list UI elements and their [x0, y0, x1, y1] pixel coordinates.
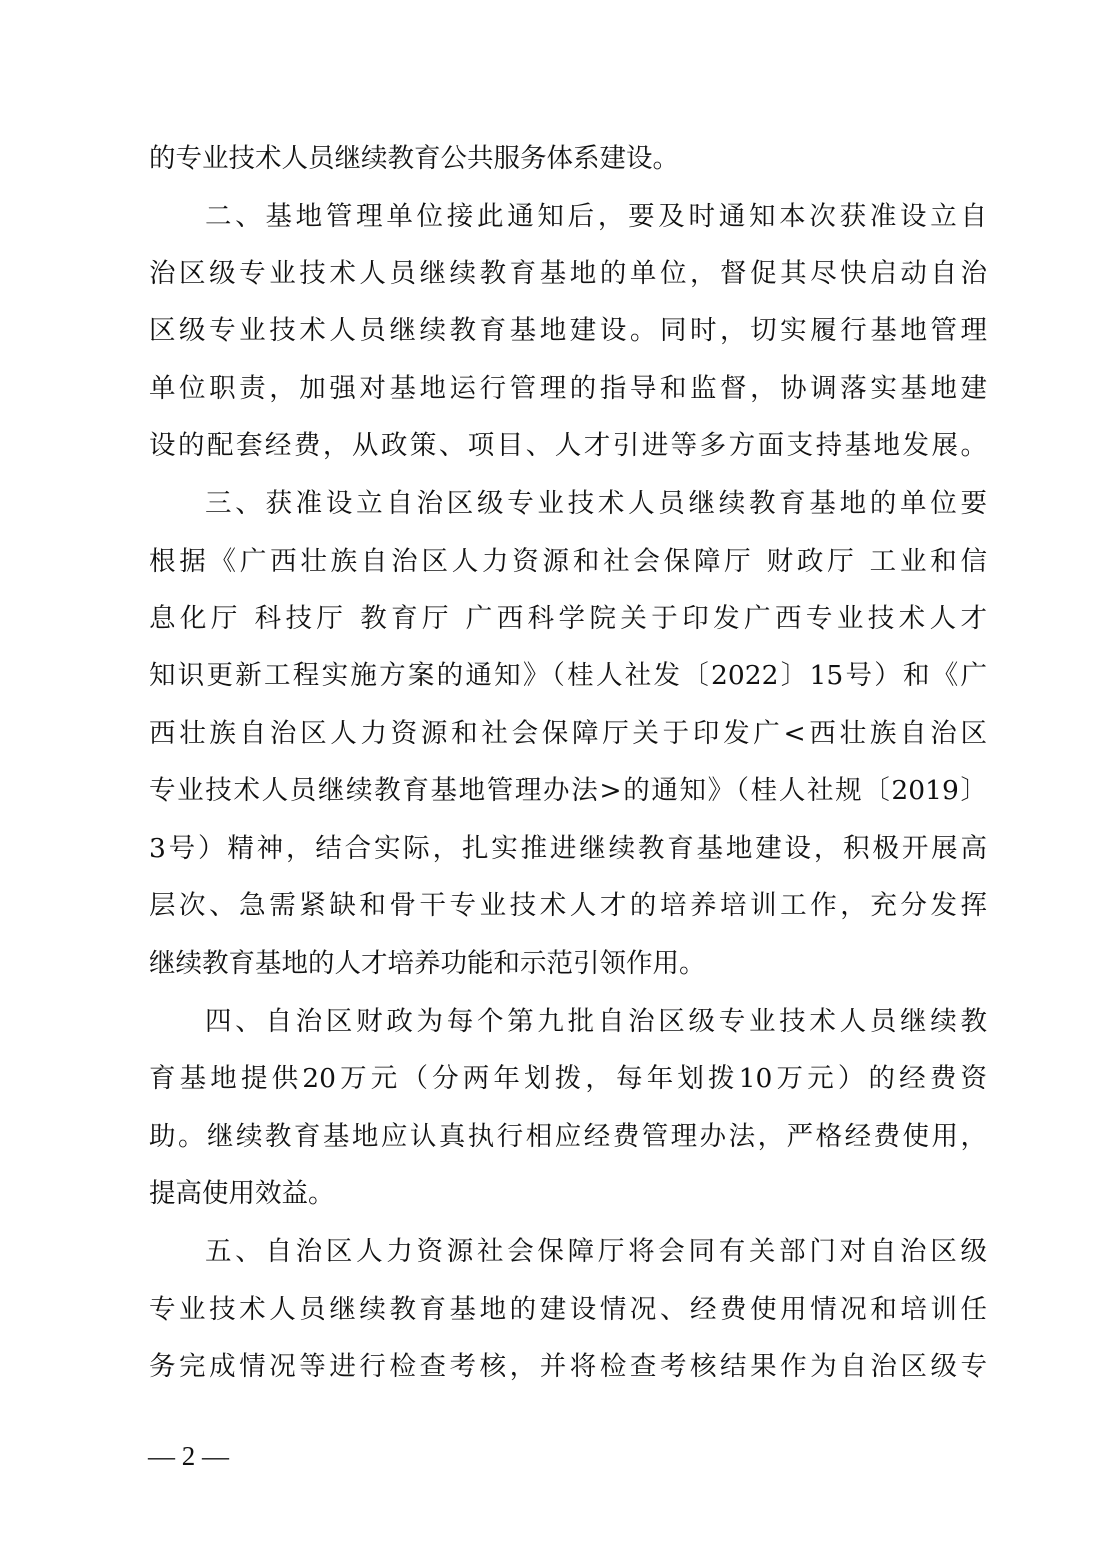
- paragraph-2-line-5: 设的配套经费，从政策、项目、人才引进等多方面支持基地发展。: [149, 424, 987, 468]
- paragraph-3-line-7: 3号）精神，结合实际，扎实推进继续教育基地建设，积极开展高: [149, 827, 987, 871]
- document-page: 的专业技术人员继续教育公共服务体系建设。 二、基地管理单位接此通知后，要及时通知…: [0, 0, 1102, 1559]
- paragraph-2-line-2: 治区级专业技术人员继续教育基地的单位，督促其尽快启动自治: [149, 252, 987, 296]
- paragraph-3-line-2: 根据《广西壮族自治区人力资源和社会保障厅 财政厅 工业和信: [149, 540, 987, 584]
- paragraph-5-line-1: 五、自治区人力资源社会保障厅将会同有关部门对自治区级: [205, 1230, 987, 1274]
- paragraph-1-line-1: 的专业技术人员继续教育公共服务体系建设。: [149, 137, 987, 181]
- paragraph-3-line-1: 三、获准设立自治区级专业技术人员继续教育基地的单位要: [205, 482, 987, 526]
- paragraph-3-line-8: 层次、急需紧缺和骨干专业技术人才的培养培训工作，充分发挥: [149, 884, 987, 928]
- paragraph-2-line-1: 二、基地管理单位接此通知后，要及时通知本次获准设立自: [205, 195, 987, 239]
- paragraph-5-line-2: 专业技术人员继续教育基地的建设情况、经费使用情况和培训任: [149, 1288, 987, 1332]
- paragraph-4-line-1: 四、自治区财政为每个第九批自治区级专业技术人员继续教: [205, 1000, 987, 1044]
- paragraph-3-line-9: 继续教育基地的人才培养功能和示范引领作用。: [149, 942, 987, 986]
- paragraph-3-line-3: 息化厅 科技厅 教育厅 广西科学院关于印发广西专业技术人才: [149, 597, 987, 641]
- paragraph-4-line-2: 育基地提供20万元（分两年划拨，每年划拨10万元）的经费资: [149, 1057, 987, 1101]
- paragraph-2-line-3: 区级专业技术人员继续教育基地建设。同时，切实履行基地管理: [149, 309, 987, 353]
- paragraph-4-line-3: 助。继续教育基地应认真执行相应经费管理办法，严格经费使用，: [149, 1115, 987, 1159]
- paragraph-3-line-5: 西壮族自治区人力资源和社会保障厅关于印发广<西壮族自治区: [149, 712, 987, 756]
- page-number: — 2 —: [148, 1441, 229, 1472]
- paragraph-5-line-3: 务完成情况等进行检查考核，并将检查考核结果作为自治区级专: [149, 1345, 987, 1389]
- paragraph-3-line-4: 知识更新工程实施方案的通知》（桂人社发〔2022〕15号）和《广: [149, 654, 987, 698]
- paragraph-4-line-4: 提高使用效益。: [149, 1172, 987, 1216]
- paragraph-2-line-4: 单位职责，加强对基地运行管理的指导和监督，协调落实基地建: [149, 367, 987, 411]
- paragraph-3-line-6: 专业技术人员继续教育基地管理办法>的通知》（桂人社规〔2019〕: [149, 769, 987, 813]
